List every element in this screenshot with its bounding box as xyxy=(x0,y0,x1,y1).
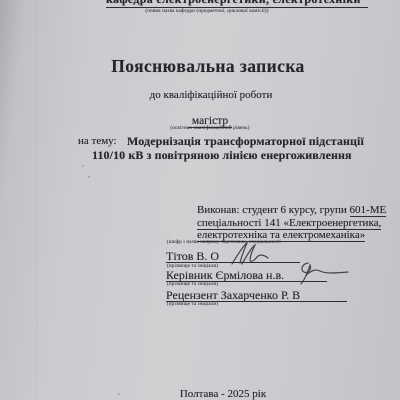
department-caption: (повна назва кафедри (предметної, циклов… xyxy=(7,9,400,14)
paper-speck xyxy=(82,165,84,167)
doc-subtitle: до кваліфікаційної роботи xyxy=(11,89,400,101)
specialty-line-1-text: спеціальності 141 «Електроенергетика, xyxy=(197,217,381,230)
supervisor-signature xyxy=(296,260,354,286)
student-signature xyxy=(228,242,280,266)
topic-line-1: Модернізація трансформаторної підстанції xyxy=(127,134,364,149)
department-name-text: кафедра електроенергетики, електротехнік… xyxy=(106,0,368,8)
paper-speck xyxy=(88,176,90,178)
degree-caption: (освітньо-кваліфікаційний рівень) xyxy=(10,126,400,131)
specialty-line-1: спеціальності 141 «Електроенергетика, xyxy=(197,217,381,230)
executor-prefix: Виконав: студент 6 курсу, групи xyxy=(197,204,350,216)
department-name-clipped: кафедра електроенергетики, електротехнік… xyxy=(106,0,368,8)
reviewer-caption: (прізвище та ініціали) xyxy=(167,302,218,307)
topic-line-2: 110/10 кВ з повітряною лінією енергоживл… xyxy=(92,148,352,163)
thesis-title-page: кафедра електроенергетики, електротехнік… xyxy=(0,0,400,400)
page-title: Пояснювальна записка xyxy=(8,56,400,77)
executor-group: 601-МЕ xyxy=(350,204,387,217)
supervisor-caption: (прізвище та ініціали) xyxy=(167,282,218,287)
topic-label: на тему: xyxy=(78,135,117,147)
reviewer-line: Рецензент Захарченко Р. В xyxy=(166,289,347,302)
paper-speck xyxy=(118,393,120,395)
executor-line: Виконав: студент 6 курсу, групи 601-МЕ xyxy=(197,204,386,217)
footer-city-year: Полтава - 2025 рік xyxy=(23,388,400,400)
